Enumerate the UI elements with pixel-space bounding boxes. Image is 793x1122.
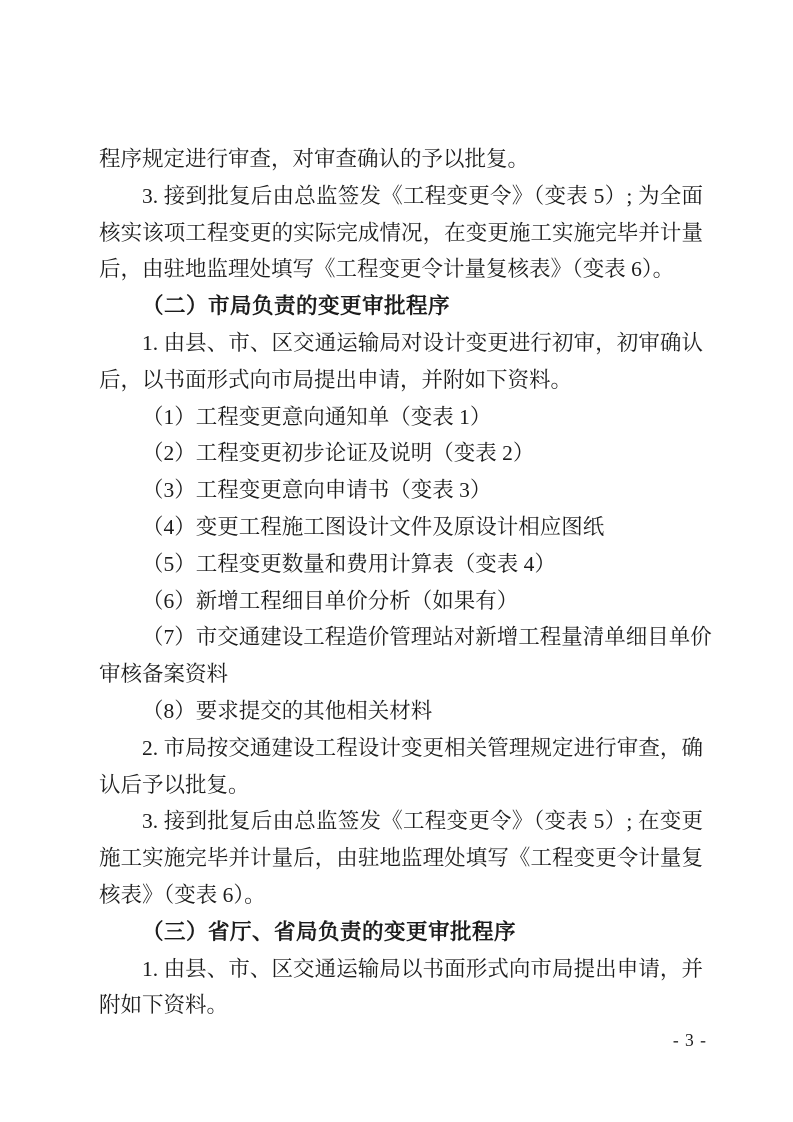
text-line: 核实该项工程变更的实际完成情况，在变更施工实施完毕并计量 (99, 215, 703, 252)
text-line: （7）市交通建设工程造价管理站对新增工程量清单细目单价 (99, 619, 703, 656)
text-line: （三）省厅、省局负责的变更审批程序 (99, 914, 703, 951)
text-line: 后，以书面形式向市局提出申请，并附如下资料。 (99, 362, 703, 399)
text-line: 2. 市局按交通建设工程设计变更相关管理规定进行审查，确 (99, 730, 703, 767)
text-line: 后，由驻地监理处填写《工程变更令计量复核表》（变表 6）。 (99, 251, 703, 288)
page-number: - 3 - (673, 1030, 707, 1051)
text-line: 程序规定进行审查，对审查确认的予以批复。 (99, 141, 703, 178)
text-line: 3. 接到批复后由总监签发《工程变更令》（变表 5）; 在变更 (99, 803, 703, 840)
text-line: 3. 接到批复后由总监签发《工程变更令》（变表 5）; 为全面 (99, 178, 703, 215)
text-line: 认后予以批复。 (99, 767, 703, 804)
document-body: 程序规定进行审查，对审查确认的予以批复。3. 接到批复后由总监签发《工程变更令》… (99, 141, 703, 1024)
text-line: （4）变更工程施工图设计文件及原设计相应图纸 (99, 509, 703, 546)
text-line: 施工实施完毕并计量后，由驻地监理处填写《工程变更令计量复 (99, 840, 703, 877)
text-line: （3）工程变更意向申请书（变表 3） (99, 472, 703, 509)
text-line: （二）市局负责的变更审批程序 (99, 288, 703, 325)
text-line: （5）工程变更数量和费用计算表（变表 4） (99, 546, 703, 583)
text-line: 附如下资料。 (99, 987, 703, 1024)
text-line: 核表》（变表 6）。 (99, 877, 703, 914)
text-line: 1. 由县、市、区交通运输局以书面形式向市局提出申请，并 (99, 951, 703, 988)
text-line: 1. 由县、市、区交通运输局对设计变更进行初审，初审确认 (99, 325, 703, 362)
text-line: （8）要求提交的其他相关材料 (99, 693, 703, 730)
text-line: （1）工程变更意向通知单（变表 1） (99, 399, 703, 436)
text-line: （2）工程变更初步论证及说明（变表 2） (99, 435, 703, 472)
document-page: 程序规定进行审查，对审查确认的予以批复。3. 接到批复后由总监签发《工程变更令》… (0, 0, 793, 1122)
text-line: （6）新增工程细目单价分析（如果有） (99, 583, 703, 620)
text-line: 审核备案资料 (99, 656, 703, 693)
